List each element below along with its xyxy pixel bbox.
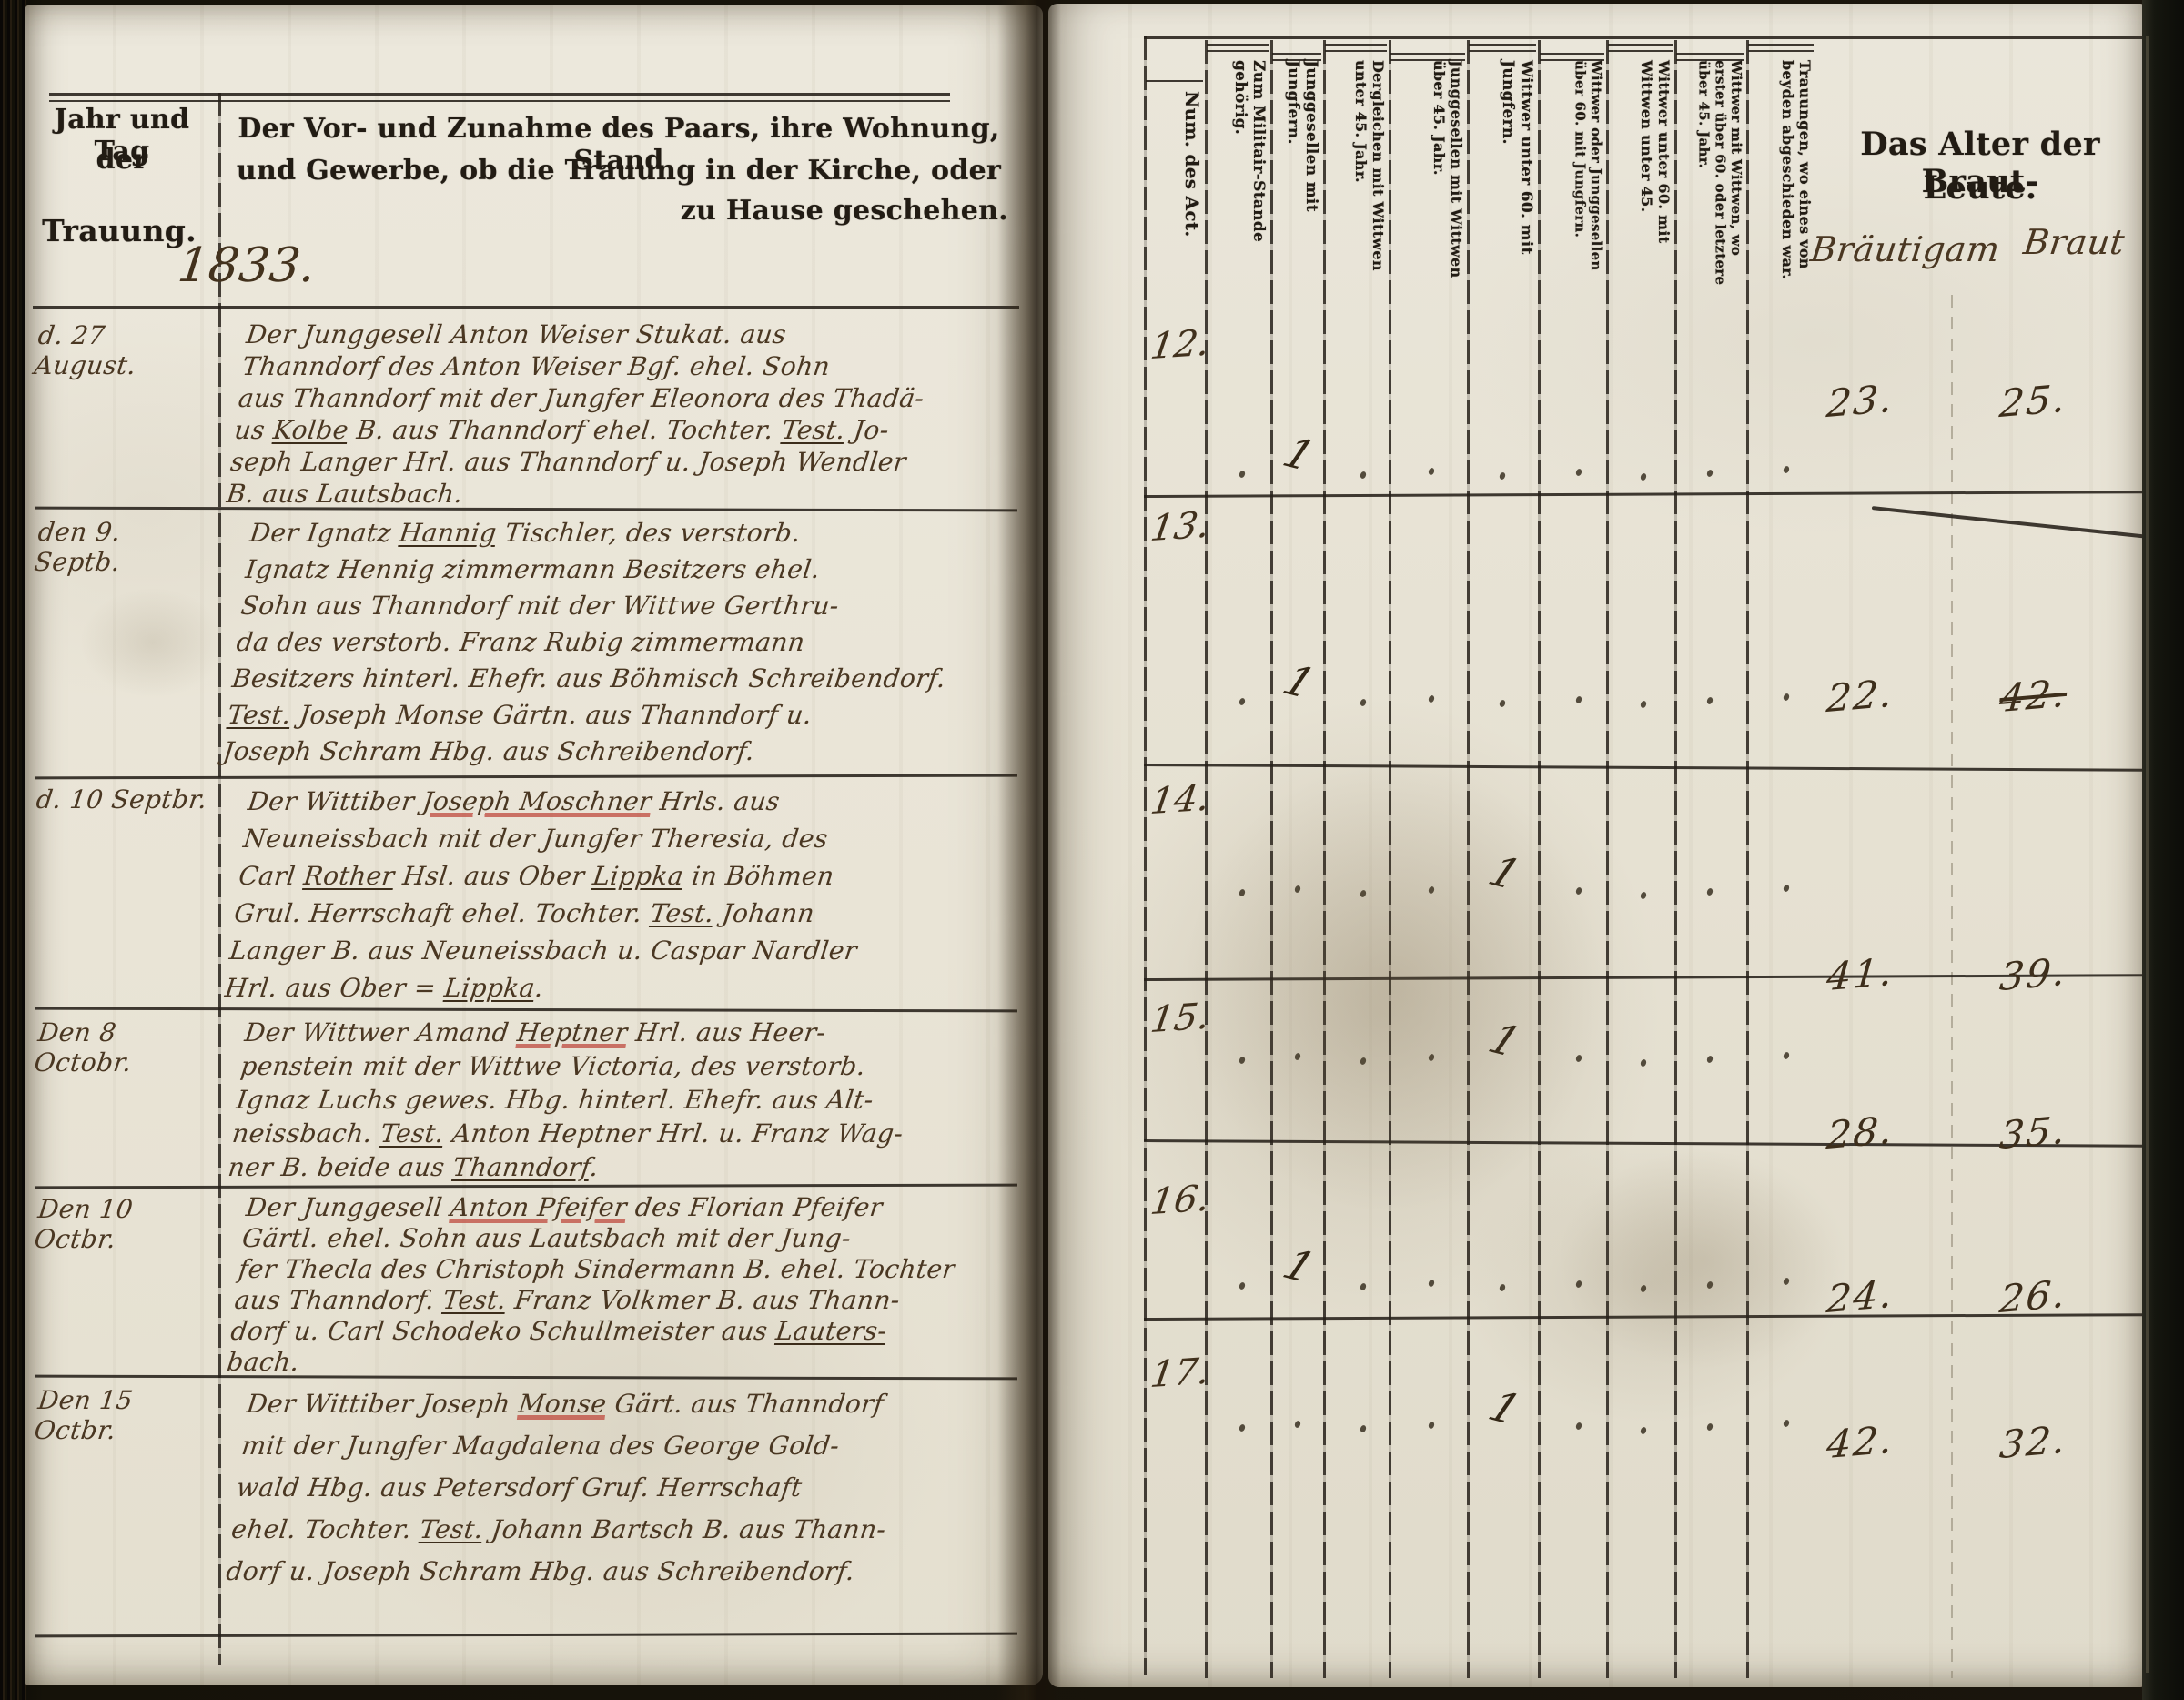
entry-text-line: Der Wittiber Joseph Moschner Hrls. aus <box>246 783 1024 820</box>
tally-dot <box>1428 1421 1435 1430</box>
underlined-name: Test. <box>441 1285 509 1315</box>
tally-dot <box>1428 1053 1435 1062</box>
main-header-line3: zu Hause geschehen. <box>417 195 1008 227</box>
entry-date: Den 10 Octbr. <box>33 1194 213 1254</box>
entry-text-line: Sohn aus Thanndorf mit der Wittwe Gerthr… <box>238 588 1016 624</box>
underlined-name: Test. <box>379 1118 446 1149</box>
register-entry: Den 8 Octobr.Der Wittwer Amand Heptner H… <box>25 1008 1026 1183</box>
column-line <box>1144 36 1147 1675</box>
column-header-double-rule <box>1272 53 1321 55</box>
entry-date: Den 15 Octbr. <box>33 1385 213 1445</box>
entry-text-line: Joseph Schram Hbg. aus Schreibendorf. <box>221 734 999 770</box>
underlined-name: Anton Pfeifer <box>449 1192 629 1222</box>
tally-dot <box>1705 1280 1713 1290</box>
tally-dot <box>1239 697 1246 706</box>
book-gutter-shadow <box>997 0 1061 1700</box>
entry-text-line: Langer B. aus Neuneissbach u. Caspar Nar… <box>227 932 1006 969</box>
entry-text-line: aus Thanndorf mit der Jungfer Eleonora d… <box>237 382 1014 414</box>
text-segment: Besitzers hinterl. Ehefr. aus Böhmisch S… <box>230 663 947 693</box>
tally-dot <box>1294 885 1301 894</box>
text-segment: da des verstorb. Franz Rubig zimmermann <box>235 627 806 657</box>
text-segment: Der Wittiber Joseph <box>245 1389 521 1419</box>
column-header-double-rule <box>1608 44 1673 46</box>
entry-text: Der Junggesell Anton Pfeifer des Florian… <box>225 1192 1021 1378</box>
bride-age: 39. <box>1997 949 2068 999</box>
text-segment: us <box>233 415 276 445</box>
tally-mark: 1 <box>1276 655 1322 707</box>
bride-column-label: Braut <box>2021 222 2127 262</box>
tally-dot <box>1705 696 1713 705</box>
text-segment: wald Hbg. aus Petersdorf Gruf. Herrschaf… <box>235 1472 804 1503</box>
entry-text-line: dorf u. Carl Schodeko Schullmeister aus … <box>229 1316 1006 1347</box>
tally-dot <box>1239 470 1246 479</box>
entry-text: Der Wittiber Joseph Monse Gärt. aus Than… <box>224 1383 1023 1593</box>
text-segment: in Böhmen <box>682 861 835 891</box>
tally-dot <box>1574 468 1582 477</box>
tally-dot <box>1499 699 1506 708</box>
main-header-line2: und Gewerbe, ob die Trauung in der Kirch… <box>229 155 1008 187</box>
entry-date: d. 10 Septbr. <box>35 784 211 815</box>
tally-dot <box>1360 889 1367 898</box>
tally-dot <box>1783 465 1790 474</box>
column-header-double-rule <box>1608 50 1673 52</box>
tally-dot <box>1239 1056 1246 1065</box>
entry-text-line: B. aus Lautsbach. <box>225 478 1002 510</box>
stat-column-header: Wittwer mit Wittwen, wo erster über 60. … <box>1679 60 1744 299</box>
table-top-rule <box>1144 36 2144 39</box>
entry-text-line: Besitzers hinterl. Ehefr. aus Böhmisch S… <box>230 661 1008 697</box>
tally-dot <box>1428 1279 1435 1288</box>
tally-dot <box>1574 886 1582 896</box>
text-segment: Ignaz Luchs gewes. Hbg. hinterl. Ehefr. … <box>235 1085 875 1115</box>
tally-mark: 1 <box>1481 846 1528 898</box>
act-number: 13. <box>1148 504 1212 550</box>
tally-dot <box>1239 1281 1246 1290</box>
column-line <box>1606 40 1609 1678</box>
tally-dot <box>1499 1283 1506 1292</box>
column-line <box>1205 40 1208 1678</box>
entry-text-line: Der Junggesell Anton Pfeifer des Florian… <box>244 1192 1021 1223</box>
column-line <box>1538 40 1541 1678</box>
column-line <box>1674 40 1677 1678</box>
text-segment: Ignatz Hennig zimmermann Besitzers ehel. <box>244 554 822 584</box>
text-segment: penstein mit der Wittwe Victoria, des ve… <box>239 1051 868 1081</box>
column-line <box>1467 40 1470 1678</box>
tally-dot <box>1499 471 1506 481</box>
text-segment: dorf u. Carl Schodeko Schullmeister aus <box>229 1316 778 1346</box>
tally-dot <box>1639 472 1646 481</box>
tally-dot <box>1639 1058 1646 1068</box>
register-entry: Den 15 Octbr.Der Wittiber Joseph Monse G… <box>25 1376 1026 1631</box>
column-header-double-rule <box>1325 44 1387 46</box>
text-segment: dorf u. Joseph Schram Hbg. aus Schreiben… <box>225 1556 856 1586</box>
text-segment: Sohn aus Thanndorf mit der Wittwe Gerthr… <box>239 591 841 621</box>
entry-text-line: neissbach. Test. Anton Heptner Hrl. u. F… <box>230 1117 1008 1150</box>
register-entry: Den 10 Octbr.Der Junggesell Anton Pfeife… <box>25 1185 1026 1374</box>
entry-text-line: wald Hbg. aus Petersdorf Gruf. Herrschaf… <box>234 1467 1013 1509</box>
groom-age: 23. <box>1825 376 1896 426</box>
groom-age: 24. <box>1825 1271 1896 1321</box>
text-segment: des Florian Pfeifer <box>625 1192 885 1222</box>
entry-text-line: penstein mit der Wittwe Victoria, des ve… <box>238 1049 1016 1083</box>
row-separator-rule <box>1144 974 2144 981</box>
header-bottom-rule <box>33 306 1019 309</box>
tally-dot <box>1639 1426 1646 1435</box>
text-segment: aus Thanndorf mit der Jungfer Eleonora d… <box>237 383 925 413</box>
entry-date: Den 8 Octobr. <box>33 1017 213 1078</box>
entry-text-line: Der Wittiber Joseph Monse Gärt. aus Than… <box>244 1383 1023 1425</box>
entry-text-line: ehel. Tochter. Test. Johann Bartsch B. a… <box>229 1509 1008 1551</box>
tally-dot <box>1574 1280 1582 1289</box>
groom-age: 22. <box>1825 671 1896 721</box>
row-separator-rule <box>1144 764 2144 772</box>
tally-mark: 1 <box>1276 428 1322 480</box>
text-segment: Anton Heptner Hrl. u. Franz Wag- <box>442 1118 905 1149</box>
groom-age: 28. <box>1825 1108 1896 1158</box>
tally-dot <box>1783 884 1790 893</box>
num-header-rule <box>1146 80 1203 82</box>
tally-dot <box>1705 469 1713 478</box>
text-segment: fer Thecla des Christoph Sindermann B. e… <box>237 1254 956 1284</box>
tally-dot <box>1239 1423 1246 1432</box>
text-segment: Hrls. aus <box>650 786 782 816</box>
year-label: 1833. <box>175 238 318 293</box>
text-segment: neissbach. <box>230 1118 382 1149</box>
act-number: 17. <box>1148 1351 1212 1396</box>
entry-text-line: us Kolbe B. aus Thanndorf ehel. Tochter.… <box>233 414 1010 446</box>
tally-dot <box>1360 1424 1367 1433</box>
underlined-name: Test. <box>649 898 716 928</box>
entry-text-line: Test. Joseph Monse Gärtn. aus Thanndorf … <box>226 697 1004 734</box>
entry-text-line: mit der Jungfer Magdalena des George Gol… <box>239 1425 1018 1467</box>
tally-dot <box>1360 471 1367 480</box>
text-segment: ner B. beide aus <box>227 1152 455 1182</box>
entry-text-line: Carl Rother Hsl. aus Ober Lippka in Böhm… <box>237 857 1015 895</box>
stat-column-header: Wittwer unter 60. mit Wittwen unter 45. <box>1611 60 1672 299</box>
tally-dot <box>1705 1422 1713 1432</box>
tally-dot <box>1639 891 1646 900</box>
underlined-name: Heptner <box>515 1017 629 1047</box>
column-header-double-rule <box>1469 44 1536 46</box>
tally-dot <box>1428 694 1435 703</box>
column-header-double-rule <box>1748 50 1814 52</box>
text-segment: Der Ignatz <box>248 518 401 548</box>
column-header-double-rule <box>1748 44 1814 46</box>
underlined-name: Lippka <box>442 973 537 1003</box>
bride-age: 32. <box>1997 1417 2068 1467</box>
entry-text-line: Ignaz Luchs gewes. Hbg. hinterl. Ehefr. … <box>235 1083 1013 1117</box>
tally-dot <box>1294 1052 1301 1061</box>
bride-age: 25. <box>1997 376 2068 426</box>
column-header-double-rule <box>1207 50 1269 52</box>
entry-text-line: fer Thecla des Christoph Sindermann B. e… <box>237 1254 1014 1285</box>
groom-column-label: Bräutigam <box>1808 229 2002 269</box>
register-entry: d. 10 Septbr.Der Wittiber Joseph Moschne… <box>25 775 1026 1007</box>
underlined-name: Joseph Moschner <box>421 786 654 816</box>
entry-date: d. 27 August. <box>33 320 213 380</box>
column-header-double-rule <box>1469 50 1536 52</box>
tally-dot <box>1783 1051 1790 1060</box>
text-segment: Joseph Schram Hbg. aus Schreibendorf. <box>221 736 756 766</box>
text-segment: Tischler, des verstorb. <box>495 518 803 548</box>
top-rule-2 <box>49 100 950 102</box>
text-segment: mit der Jungfer Magdalena des George Gol… <box>240 1431 842 1461</box>
underlined-name: Lippka <box>591 861 686 891</box>
text-segment: Der Wittiber <box>247 786 425 816</box>
text-segment: Carl <box>237 861 305 891</box>
underlined-name: Thanndorf <box>451 1152 592 1182</box>
tally-dot <box>1239 888 1246 897</box>
column-header-double-rule <box>1390 53 1465 55</box>
entry-text: Der Wittiber Joseph Moschner Hrls. ausNe… <box>223 783 1024 1007</box>
groom-age: 41. <box>1825 949 1896 999</box>
text-segment: Grul. Herrschaft ehel. Tochter. <box>232 898 652 928</box>
age-column-divider <box>1951 295 1953 1678</box>
tally-mark: 1 <box>1481 1381 1528 1433</box>
text-segment: Neuneissbach mit der Jungfer Theresia, d… <box>242 824 830 854</box>
tally-dot <box>1705 1055 1713 1064</box>
tally-dot <box>1360 1057 1367 1066</box>
entry-date: den 9. Septb. <box>33 517 213 577</box>
text-segment: bach. <box>226 1347 301 1377</box>
tally-mark: 1 <box>1481 1014 1528 1066</box>
text-segment: Gärtl. ehel. Sohn aus Lautsbach mit der … <box>240 1223 853 1253</box>
column-header-double-rule <box>1676 53 1744 55</box>
warped-rule-hook <box>1872 506 2144 538</box>
text-segment: Hrl. aus Ober = <box>223 973 446 1003</box>
paper-stain <box>1185 759 1603 1214</box>
date-header-line2: der <box>31 144 213 176</box>
stat-column-header: Wittwer oder Junggesellen über 60. mit J… <box>1542 60 1603 299</box>
underlined-name: Test. <box>226 700 293 730</box>
bride-age: 26. <box>1997 1271 2068 1321</box>
entry-text-line: da des verstorb. Franz Rubig zimmermann <box>235 624 1013 661</box>
tally-dot <box>1783 693 1790 702</box>
tally-mark: 1 <box>1276 1240 1322 1291</box>
tally-dot <box>1639 1284 1646 1293</box>
entry-separator-rule <box>35 1633 1017 1638</box>
stat-column-header: Zum Militair-Stande gehörig. <box>1209 60 1268 299</box>
act-number: 16. <box>1148 1178 1212 1223</box>
tally-dot <box>1428 885 1435 895</box>
tally-dot <box>1783 1419 1790 1428</box>
text-segment: B. aus Thanndorf ehel. Tochter. <box>347 415 784 445</box>
tally-dot <box>1428 467 1435 476</box>
underlined-name: Test. <box>418 1514 485 1544</box>
column-line <box>1323 40 1326 1678</box>
register-book-spread: Jahr und Tag der Trauung. Der Vor- und Z… <box>0 0 2184 1700</box>
row-separator-rule <box>1144 1313 2144 1321</box>
entry-text-line: Thanndorf des Anton Weiser Bgf. ehel. So… <box>240 350 1017 382</box>
text-segment: Der Wittwer Amand <box>243 1017 519 1047</box>
right-page: Num. des Act.Zum Militair-Stande gehörig… <box>1048 4 2144 1687</box>
tally-dot <box>1294 1420 1301 1429</box>
underlined-name: Rother <box>302 861 397 891</box>
text-segment: Hsl. aus Ober <box>392 861 594 891</box>
stat-column-header: Junggesellen mit Jungfern. <box>1275 60 1320 299</box>
column-header-double-rule <box>1207 44 1269 46</box>
text-segment: Der Junggesell <box>244 1192 452 1222</box>
column-header-double-rule <box>1325 50 1387 52</box>
text-segment: ehel. Tochter. <box>229 1514 421 1544</box>
entry-text-line: Der Ignatz Hannig Tischler, des verstorb… <box>248 515 1026 551</box>
entry-text-line: ner B. beide aus Thanndorf. <box>227 1150 1005 1184</box>
underlined-name: Lauters- <box>774 1316 889 1346</box>
entry-text-line: Neuneissbach mit der Jungfer Theresia, d… <box>241 820 1019 857</box>
entry-text: Der Junggesell Anton Weiser Stukat. ausT… <box>225 319 1022 510</box>
row-separator-rule <box>1144 1139 2144 1148</box>
bride-age: 35. <box>1997 1108 2068 1158</box>
tally-dot <box>1783 1277 1790 1286</box>
entry-text-line: Der Junggesell Anton Weiser Stukat. aus <box>245 319 1022 350</box>
tally-dot <box>1574 1422 1582 1431</box>
age-header-line2: Leute. <box>1815 169 2144 207</box>
stat-column-header: Num. des Act. <box>1148 91 1202 300</box>
column-line <box>1746 40 1749 1678</box>
underlined-name: Test. <box>780 415 847 445</box>
act-number: 15. <box>1148 996 1212 1041</box>
tally-dot <box>1705 887 1713 896</box>
groom-age: 42. <box>1825 1417 1896 1467</box>
entry-text-line: Ignatz Hennig zimmermann Besitzers ehel. <box>243 551 1021 588</box>
entry-text-line: Gärtl. ehel. Sohn aus Lautsbach mit der … <box>240 1223 1017 1254</box>
register-entry: d. 27 August.Der Junggesell Anton Weiser… <box>25 311 1026 506</box>
entry-text-line: Grul. Herrschaft ehel. Tochter. Test. Jo… <box>232 895 1010 932</box>
entry-text: Der Wittwer Amand Heptner Hrl. aus Heer-… <box>227 1016 1021 1184</box>
entry-text-line: Der Wittwer Amand Heptner Hrl. aus Heer- <box>243 1016 1021 1049</box>
underlined-name: Monse <box>517 1389 609 1419</box>
entry-text: Der Ignatz Hannig Tischler, des verstorb… <box>221 515 1026 770</box>
entry-text-line: bach. <box>225 1347 1002 1378</box>
text-segment: seph Langer Hrl. aus Thanndorf u. Joseph… <box>229 447 908 477</box>
tally-dot <box>1574 695 1582 704</box>
text-segment: Jo- <box>844 415 891 445</box>
stat-column-header: Dergleichen mit Wittwen unter 45. Jahr. <box>1328 60 1386 299</box>
text-segment: Gärt. aus Thanndorf <box>605 1389 885 1419</box>
tally-dot <box>1574 1054 1582 1063</box>
row-separator-rule <box>1144 491 2144 498</box>
stat-column-header: Junggesellen mit Wittwen über 45. Jahr. <box>1393 60 1464 299</box>
text-segment: aus Thanndorf. <box>233 1285 445 1315</box>
top-rule <box>49 93 950 96</box>
tally-dot <box>1639 700 1646 709</box>
text-segment: Joseph Monse Gärtn. aus Thanndorf u. <box>289 700 814 730</box>
entry-text-line: dorf u. Joseph Schram Hbg. aus Schreiben… <box>224 1551 1003 1593</box>
underlined-name: Hannig <box>398 518 499 548</box>
text-segment: Hrl. aus Heer- <box>625 1017 827 1047</box>
text-segment: Johann <box>712 898 816 928</box>
left-page: Jahr und Tag der Trauung. Der Vor- und Z… <box>25 5 1043 1685</box>
text-segment: Johann Bartsch B. aus Thann- <box>481 1514 888 1544</box>
column-line <box>1389 40 1391 1678</box>
text-segment: B. aus Lautsbach. <box>225 479 464 509</box>
bride-age: 42. <box>1997 671 2068 721</box>
entry-text-line: aus Thanndorf. Test. Franz Volkmer B. au… <box>233 1285 1010 1316</box>
text-segment: Langer B. aus Neuneissbach u. Caspar Nar… <box>227 936 858 966</box>
paper-stain <box>1558 1150 1849 1369</box>
entry-text-line: Hrl. aus Ober = Lippka. <box>223 969 1001 1007</box>
column-line <box>1270 40 1273 1678</box>
book-binding-edge <box>2142 0 2184 1700</box>
register-entry: den 9. Septb.Der Ignatz Hannig Tischler,… <box>25 508 1026 774</box>
stat-column-header: Wittwer unter 60. mit Jungfern. <box>1471 60 1535 299</box>
act-number: 14. <box>1148 777 1212 823</box>
tally-dot <box>1360 1282 1367 1291</box>
text-segment: Thanndorf des Anton Weiser Bgf. ehel. So… <box>240 351 832 381</box>
entry-text-line: seph Langer Hrl. aus Thanndorf u. Joseph… <box>228 446 1006 478</box>
tally-dot <box>1360 698 1367 707</box>
text-segment: Franz Volkmer B. aus Thann- <box>504 1285 901 1315</box>
act-number: 12. <box>1148 322 1212 368</box>
underlined-name: Kolbe <box>271 415 350 445</box>
book-page-stack-edge <box>0 0 27 1700</box>
text-segment: Der Junggesell Anton Weiser Stukat. aus <box>245 319 788 349</box>
stat-column-header: Trauungen, wo eines von beyden abgeschie… <box>1751 60 1813 299</box>
column-header-double-rule <box>1540 53 1604 55</box>
